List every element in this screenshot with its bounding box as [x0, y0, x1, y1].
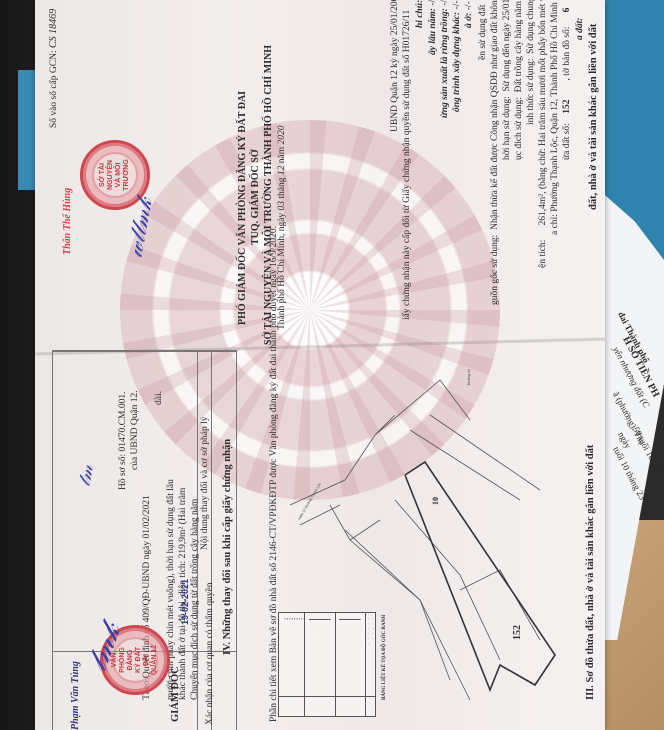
iv-content-line-1: Chuyển mục đích sử dụng từ đất trồng cây…	[190, 499, 200, 700]
coordinate-table: · · · · · · · · · · · ▬▬▬▬▬▬▬▬▬ ▬▬▬▬▬▬▬▬…	[278, 612, 376, 717]
iv-date-stamp: 19-02-2021	[180, 579, 190, 625]
coord-table-title: BẢNG LIỆT KÊ TỌA ĐỘ GÓC RANH	[382, 615, 387, 700]
iv-content-line-4: dài.	[154, 391, 164, 405]
svg-text:152: 152	[512, 625, 523, 640]
iv-content-line-7: Hồ sơ số: 01470.CM.001.	[118, 392, 128, 490]
iv-signer-title: GIÁM ĐỐC	[170, 666, 181, 722]
svg-text:Đường số: Đường số	[467, 369, 471, 385]
svg-text:Hẻm 12 Đường Thạnh Lộc: Hẻm 12 Đường Thạnh Lộc	[297, 482, 321, 520]
iv-col2-header: Xác nhận của cơ quan có thẩm quyền	[205, 583, 215, 725]
iv-content-line-6: của UBND Quận 12.	[130, 390, 140, 470]
section-iv-title: IV. Những thay đổi sau khi cấp giấy chứn…	[222, 439, 233, 655]
map-note: Phần chi tiết xem Bản vẽ sơ đồ nhà đất s…	[268, 226, 280, 722]
coord-points: · · · · · · · · · · ·	[367, 618, 375, 648]
svg-text:10: 10	[431, 497, 440, 505]
iv-col1-header: Nội dung thay đổi và cơ sở pháp lý	[200, 416, 210, 550]
iv-signer-name: Phạm Văn Tùng	[70, 661, 81, 730]
initials-signature: 𝓉𝓂	[74, 463, 98, 488]
